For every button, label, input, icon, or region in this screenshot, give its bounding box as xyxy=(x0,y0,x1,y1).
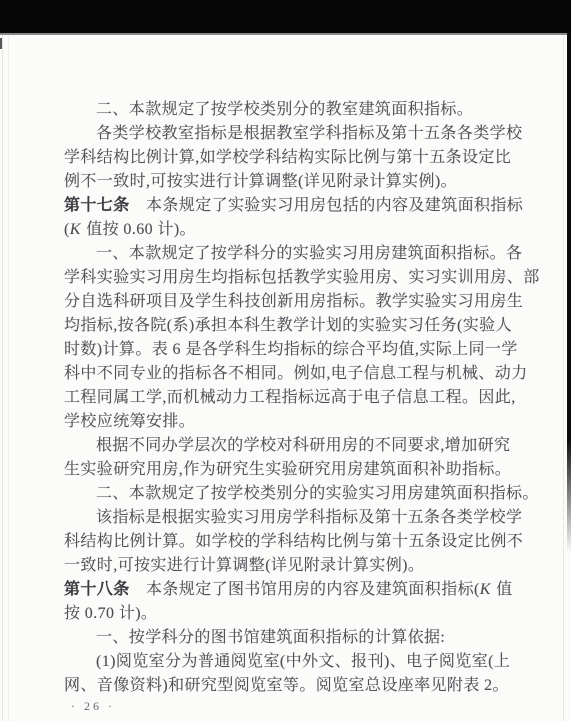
text-line: 根据不同办学层次的学校对科研用房的不同要求,增加研究 xyxy=(64,434,511,458)
page-edge-line xyxy=(2,35,3,721)
text-segment: 根据不同办学层次的学校对科研用房的不同要求,增加研究 xyxy=(96,437,510,454)
text-line: 第十七条 本条规定了实验实习用房包括的内容及建筑面积指标 xyxy=(64,194,511,218)
text-segment: 学校应统筹安排。 xyxy=(64,413,195,430)
page-edge-line xyxy=(563,35,564,721)
text-line: 学科结构比例计算,如学校学科结构实际比例与第十五条设定比 xyxy=(64,146,511,170)
article-heading: 第十八条 xyxy=(64,581,130,598)
text-segment: 学科结构比例计算,如学校学科结构实际比例与第十五条设定比 xyxy=(64,149,511,166)
text-segment: 例不一致时,可按实进行计算调整(详见附录计算实例)。 xyxy=(64,173,457,190)
text-segment: 一、本款规定了按学科分的实验实习用房建筑面积指标。各 xyxy=(96,245,522,262)
page-edge-line xyxy=(8,35,9,721)
text-segment: 工程同属工学,而机械动力工程指标远高于电子信息工程。因此, xyxy=(64,389,516,406)
text-segment: 按 0.70 计)。 xyxy=(64,605,157,622)
text-segment: 网、音像资料)和研究型阅览室等。阅览室总设座率见附表 2。 xyxy=(64,677,509,694)
text-line: 学校应统筹安排。 xyxy=(64,410,511,434)
text-line: 二、本款规定了按学校类别分的教室建筑面积指标。 xyxy=(64,98,511,122)
text-segment: 本条规定了图书馆用房的内容及建筑面积指标( xyxy=(130,581,480,598)
scan-top-band xyxy=(0,0,571,35)
text-segment: K xyxy=(70,221,82,238)
text-line: 各类学校教室指标是根据教室学科指标及第十五条各类学校 xyxy=(64,122,511,146)
text-segment: 各类学校教室指标是根据教室学科指标及第十五条各类学校 xyxy=(96,125,522,142)
text-segment: K xyxy=(480,581,492,598)
text-line: 按 0.70 计)。 xyxy=(64,602,511,626)
text-line: 一致时,可按实进行计算调整(详见附录计算实例)。 xyxy=(64,554,511,578)
scan-right-band xyxy=(567,33,571,553)
text-segment: 本条规定了实验实习用房包括的内容及建筑面积指标 xyxy=(130,197,524,214)
text-segment: 该指标是根据实验实习用房学科指标及第十五条各类学校学 xyxy=(96,509,522,526)
text-segment: 值 xyxy=(492,581,513,598)
text-segment: 分自选科研项目及学生科技创新用房指标。教学实验实习用房生 xyxy=(64,293,523,310)
text-segment: 科结构比例计算。如学校的学科结构比例与第十五条设定比例不 xyxy=(64,533,523,550)
text-segment: ( xyxy=(64,221,70,238)
text-line: 科中不同专业的指标各不相同。例如,电子信息工程与机械、动力 xyxy=(64,362,511,386)
text-segment: 科中不同专业的指标各不相同。例如,电子信息工程与机械、动力 xyxy=(64,365,528,382)
text-line: 网、音像资料)和研究型阅览室等。阅览室总设座率见附表 2。 xyxy=(64,674,511,698)
text-line: 时数)计算。表 6 是各学科生均指标的综合平均值,实际上同一学 xyxy=(64,338,511,362)
text-line: 一、按学科分的图书馆建筑面积指标的计算依据: xyxy=(64,626,511,650)
text-segment: 二、本款规定了按学校类别分的实验实习用房建筑面积指标。 xyxy=(96,485,539,502)
text-line: 第十八条 本条规定了图书馆用房的内容及建筑面积指标(K 值 xyxy=(64,578,511,602)
text-segment: 学科实验实习用房生均指标包括教学实验用房、实习实训用房、部 xyxy=(64,269,540,286)
article-heading: 第十七条 xyxy=(64,197,130,214)
text-segment: 均指标,按各院(系)承担本科生教学计划的实验实习任务(实验人 xyxy=(64,317,512,334)
scan-smudge xyxy=(0,38,2,49)
text-segment: 一致时,可按实进行计算调整(详见附录计算实例)。 xyxy=(64,557,424,574)
text-segment: 一、按学科分的图书馆建筑面积指标的计算依据: xyxy=(96,629,445,646)
text-line: 二、本款规定了按学校类别分的实验实习用房建筑面积指标。 xyxy=(64,482,511,506)
text-line: 工程同属工学,而机械动力工程指标远高于电子信息工程。因此, xyxy=(64,386,511,410)
text-line: 学科实验实习用房生均指标包括教学实验用房、实习实训用房、部 xyxy=(64,266,511,290)
text-line: (1)阅览室分为普通阅览室(中外文、报刊)、电子阅览室(上 xyxy=(64,650,511,674)
text-line: 生实验研究用房,作为研究生实验研究用房建筑面积补助指标。 xyxy=(64,458,511,482)
text-segment: 值按 0.60 计)。 xyxy=(82,221,196,238)
text-block: 二、本款规定了按学校类别分的教室建筑面积指标。各类学校教室指标是根据教室学科指标… xyxy=(64,98,511,698)
text-line: 该指标是根据实验实习用房学科指标及第十五条各类学校学 xyxy=(64,506,511,530)
text-segment: 时数)计算。表 6 是各学科生均指标的综合平均值,实际上同一学 xyxy=(64,341,518,358)
text-line: 均指标,按各院(系)承担本科生教学计划的实验实习任务(实验人 xyxy=(64,314,511,338)
text-line: 科结构比例计算。如学校的学科结构比例与第十五条设定比例不 xyxy=(64,530,511,554)
scanned-document-page: 二、本款规定了按学校类别分的教室建筑面积指标。各类学校教室指标是根据教室学科指标… xyxy=(0,0,571,721)
text-segment: 生实验研究用房,作为研究生实验研究用房建筑面积补助指标。 xyxy=(64,461,511,478)
text-line: 分自选科研项目及学生科技创新用房指标。教学实验实习用房生 xyxy=(64,290,511,314)
text-line: 一、本款规定了按学科分的实验实习用房建筑面积指标。各 xyxy=(64,242,511,266)
text-segment: (1)阅览室分为普通阅览室(中外文、报刊)、电子阅览室(上 xyxy=(96,653,510,670)
text-line: (K 值按 0.60 计)。 xyxy=(64,218,511,242)
text-segment: 二、本款规定了按学校类别分的教室建筑面积指标。 xyxy=(96,101,473,118)
text-line: 例不一致时,可按实进行计算调整(详见附录计算实例)。 xyxy=(64,170,511,194)
page-number: · 26 · xyxy=(71,699,115,714)
